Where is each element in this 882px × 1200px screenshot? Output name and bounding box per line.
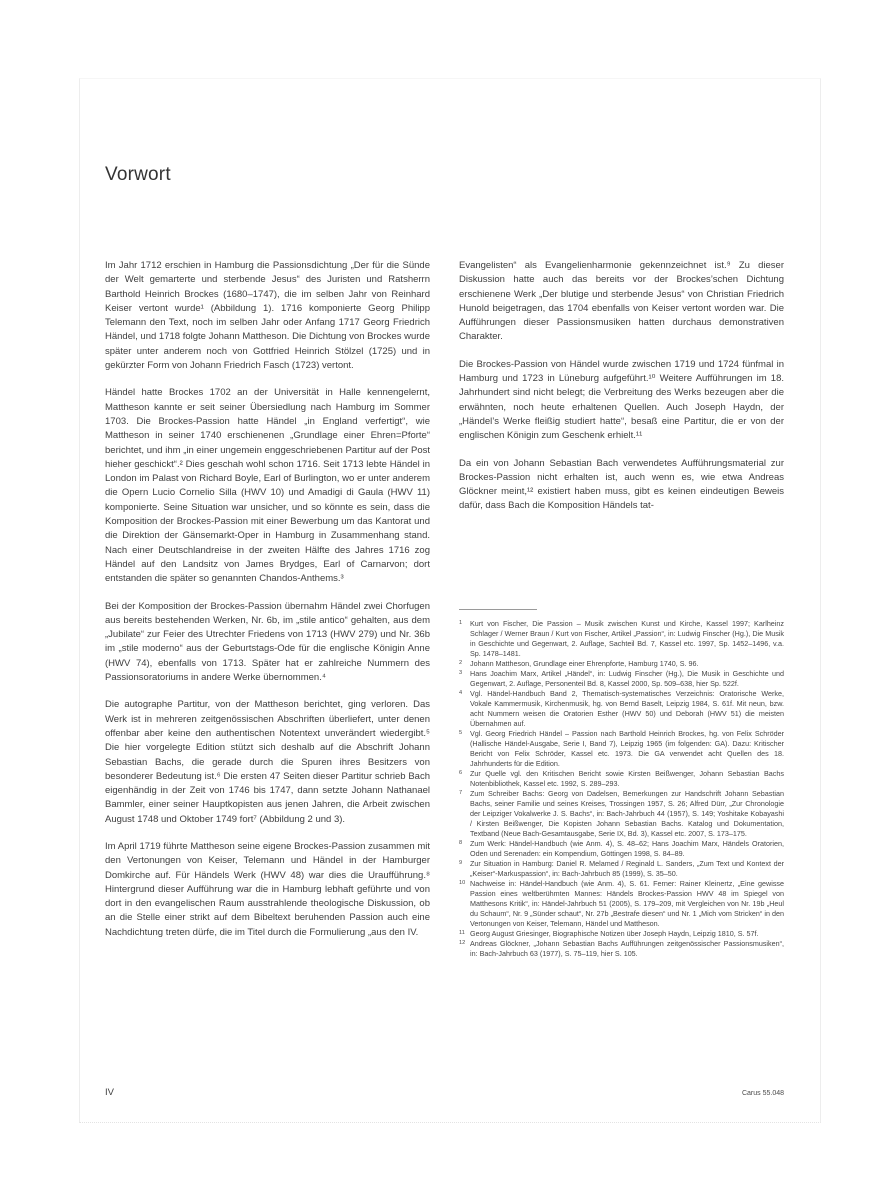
footnote-text: Zur Quelle vgl. den Kritischen Bericht s… bbox=[470, 769, 784, 789]
footnote-number: 12 bbox=[459, 938, 470, 948]
footer-page-number: IV bbox=[105, 1087, 114, 1098]
footnote-number: 7 bbox=[459, 788, 470, 798]
footnote-separator bbox=[459, 609, 537, 610]
body-paragraph: Die Brockes-Passion von Händel wurde zwi… bbox=[459, 358, 784, 444]
footnote-item: 4 Vgl. Händel-Handbuch Band 2, Thematisc… bbox=[459, 689, 784, 729]
footer-edition-number: Carus 55.048 bbox=[742, 1090, 784, 1097]
footnote-item: 2 Johann Mattheson, Grundlage einer Ehre… bbox=[459, 659, 784, 669]
footnotes-section: 1 Kurt von Fischer, Die Passion – Musik … bbox=[459, 609, 784, 959]
footnote-item: 1 Kurt von Fischer, Die Passion – Musik … bbox=[459, 619, 784, 659]
footnote-number: 5 bbox=[459, 728, 470, 738]
footnote-item: 9 Zur Situation in Hamburg: Daniel R. Me… bbox=[459, 859, 784, 879]
page-title: Vorwort bbox=[105, 164, 171, 186]
body-paragraph: Evangelisten“ als Evangelienharmonie gek… bbox=[459, 259, 784, 345]
right-column: Evangelisten“ als Evangelienharmonie gek… bbox=[459, 259, 784, 953]
left-column: Im Jahr 1712 erschien in Hamburg die Pas… bbox=[105, 259, 430, 953]
footnote-item: 8 Zum Werk: Händel-Handbuch (wie Anm. 4)… bbox=[459, 839, 784, 859]
document-page: Vorwort Im Jahr 1712 erschien in Hamburg… bbox=[79, 78, 821, 1123]
footnote-item: 10 Nachweise in: Händel-Handbuch (wie An… bbox=[459, 879, 784, 929]
body-paragraph: Händel hatte Brockes 1702 an der Univers… bbox=[105, 386, 430, 586]
footnote-item: 11 Georg August Griesinger, Biographisch… bbox=[459, 929, 784, 939]
body-paragraph: Im April 1719 führte Mattheson seine eig… bbox=[105, 840, 430, 940]
footnote-number: 4 bbox=[459, 688, 470, 698]
body-paragraph: Bei der Komposition der Brockes-Passion … bbox=[105, 600, 430, 686]
footnote-text: Hans Joachim Marx, Artikel „Händel“, in:… bbox=[470, 669, 784, 689]
body-paragraph: Da ein von Johann Sebastian Bach verwend… bbox=[459, 457, 784, 514]
footnote-item: 7 Zum Schreiber Bachs: Georg von Dadelse… bbox=[459, 789, 784, 839]
footnote-number: 9 bbox=[459, 858, 470, 868]
footnote-text: Zum Schreiber Bachs: Georg von Dadelsen,… bbox=[470, 789, 784, 839]
footnote-text: Andreas Glöckner, „Johann Sebastian Bach… bbox=[470, 939, 784, 959]
footnote-text: Vgl. Händel-Handbuch Band 2, Thematisch-… bbox=[470, 689, 784, 729]
footnote-item: 12 Andreas Glöckner, „Johann Sebastian B… bbox=[459, 939, 784, 959]
body-paragraph: Die autographe Partitur, von der Matthes… bbox=[105, 698, 430, 827]
page-footer: IV Carus 55.048 bbox=[105, 1087, 784, 1098]
footnote-text: Zur Situation in Hamburg: Daniel R. Mela… bbox=[470, 859, 784, 879]
footnote-text: Zum Werk: Händel-Handbuch (wie Anm. 4), … bbox=[470, 839, 784, 859]
footnote-number: 2 bbox=[459, 658, 470, 668]
footnote-item: 3 Hans Joachim Marx, Artikel „Händel“, i… bbox=[459, 669, 784, 689]
footnote-number: 6 bbox=[459, 768, 470, 778]
footnote-text: Vgl. Georg Friedrich Händel – Passion na… bbox=[470, 729, 784, 769]
body-paragraph: Im Jahr 1712 erschien in Hamburg die Pas… bbox=[105, 259, 430, 373]
footnote-number: 8 bbox=[459, 838, 470, 848]
footnote-text: Georg August Griesinger, Biographische N… bbox=[470, 929, 784, 939]
footnote-text: Kurt von Fischer, Die Passion – Musik zw… bbox=[470, 619, 784, 659]
footnote-number: 11 bbox=[459, 928, 470, 938]
footnote-item: 6 Zur Quelle vgl. den Kritischen Bericht… bbox=[459, 769, 784, 789]
footnote-item: 5 Vgl. Georg Friedrich Händel – Passion … bbox=[459, 729, 784, 769]
footnote-number: 3 bbox=[459, 668, 470, 678]
footnote-text: Nachweise in: Händel-Handbuch (wie Anm. … bbox=[470, 879, 784, 929]
footnote-text: Johann Mattheson, Grundlage einer Ehrenp… bbox=[470, 659, 784, 669]
text-columns: Im Jahr 1712 erschien in Hamburg die Pas… bbox=[105, 259, 784, 953]
footnote-number: 1 bbox=[459, 618, 470, 628]
footnote-number: 10 bbox=[459, 878, 470, 888]
